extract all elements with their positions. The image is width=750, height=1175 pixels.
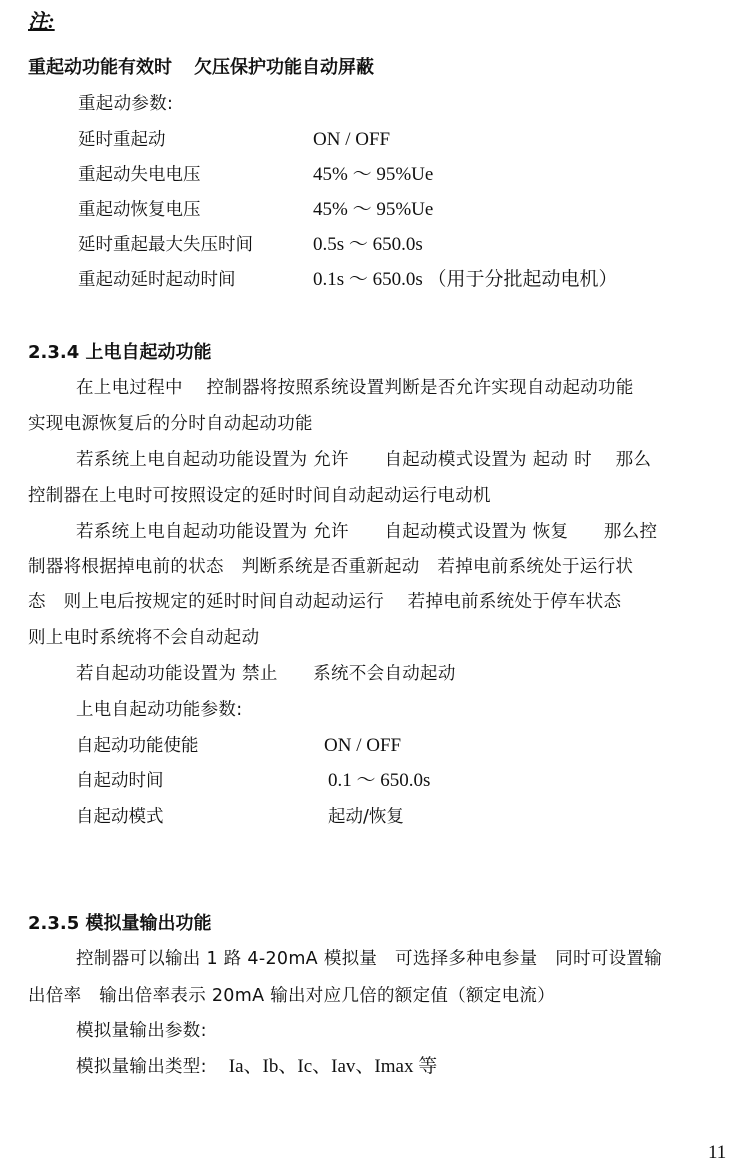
param-value: 0.5s ～ 650.0s <box>313 233 423 257</box>
param-label: 自起动时间 <box>76 769 164 793</box>
param-value: 0.1 ～ 650.0s <box>328 769 430 793</box>
paragraph-line: 则上电时系统将不会自动起动 <box>28 626 259 650</box>
paragraph-line: 若系统上电自起动功能设置为 允许 自起动模式设置为 恢复 那么控 <box>76 520 657 544</box>
param-label: 自起动模式 <box>76 805 164 829</box>
note-heading-part2: 欠压保护功能自动屏蔽 <box>194 57 374 78</box>
note-heading: 重起动功能有效时欠压保护功能自动屏蔽 <box>28 56 374 80</box>
param-label: 重起动恢复电压 <box>78 198 201 222</box>
section-title: 模拟量输出功能 <box>86 913 212 934</box>
section-number: 2.3.5 <box>28 913 79 934</box>
paragraph-line: 控制器在上电时可按照设定的延时时间自动起动运行电动机 <box>28 484 491 508</box>
param-value: Ia、Ib、Ic、Iav、Imax 等 <box>229 1056 437 1077</box>
paragraph-line: 若系统上电自起动功能设置为 允许 自起动模式设置为 起动 时 那么 <box>76 448 651 472</box>
param-label: 延时重起最大失压时间 <box>78 233 253 257</box>
paragraph-line: 实现电源恢复后的分时自动起动功能 <box>28 412 313 436</box>
paragraph-line: 出倍率 输出倍率表示 20mA 输出对应几倍的额定值（额定电流） <box>28 984 555 1008</box>
paragraph-line: 控制器可以输出 1 路 4-20mA 模拟量 可选择多种电参量 同时可设置输 <box>76 947 662 971</box>
paragraph-line: 若自起动功能设置为 禁止 系统不会自动起动 <box>76 662 456 686</box>
section-heading-2-3-4: 2.3.4 上电自起动功能 <box>28 341 212 365</box>
section-number: 2.3.4 <box>28 342 79 363</box>
param-label: 自起动功能使能 <box>76 734 199 758</box>
autostart-params-title: 上电自起动功能参数: <box>76 698 242 722</box>
section-heading-2-3-5: 2.3.5 模拟量输出功能 <box>28 912 212 936</box>
paragraph-line: 制器将根据掉电前的状态 判断系统是否重新起动 若掉电前系统处于运行状 <box>28 555 633 579</box>
param-value: 起动/恢复 <box>328 805 404 829</box>
section-title: 上电自起动功能 <box>86 342 212 363</box>
page-number: 11 <box>708 1142 726 1164</box>
analog-output-type-row: 模拟量输出类型:Ia、Ib、Ic、Iav、Imax 等 <box>76 1055 437 1079</box>
param-label: 重起动失电电压 <box>78 163 201 187</box>
param-value: ON / OFF <box>313 128 390 152</box>
param-label: 模拟量输出类型: <box>76 1057 207 1077</box>
paragraph-line: 在上电过程中 控制器将按照系统设置判断是否允许实现自动起动功能 <box>76 376 634 400</box>
param-value: 45% ～ 95%Ue <box>313 163 433 187</box>
note-heading-part1: 重起动功能有效时 <box>28 57 172 78</box>
paragraph-line: 态 则上电后按规定的延时时间自动起动运行 若掉电前系统处于停车状态 <box>28 590 621 614</box>
param-value: 0.1s ～ 650.0s （用于分批起动电机） <box>313 268 618 292</box>
note-label: 注: <box>28 10 71 34</box>
param-value: ON / OFF <box>324 734 401 758</box>
analog-params-title: 模拟量输出参数: <box>76 1019 207 1043</box>
restart-params-title: 重起动参数: <box>78 92 173 116</box>
param-label: 重起动延时起动时间 <box>78 268 236 292</box>
param-label: 延时重起动 <box>78 128 166 152</box>
param-value: 45% ～ 95%Ue <box>313 198 433 222</box>
